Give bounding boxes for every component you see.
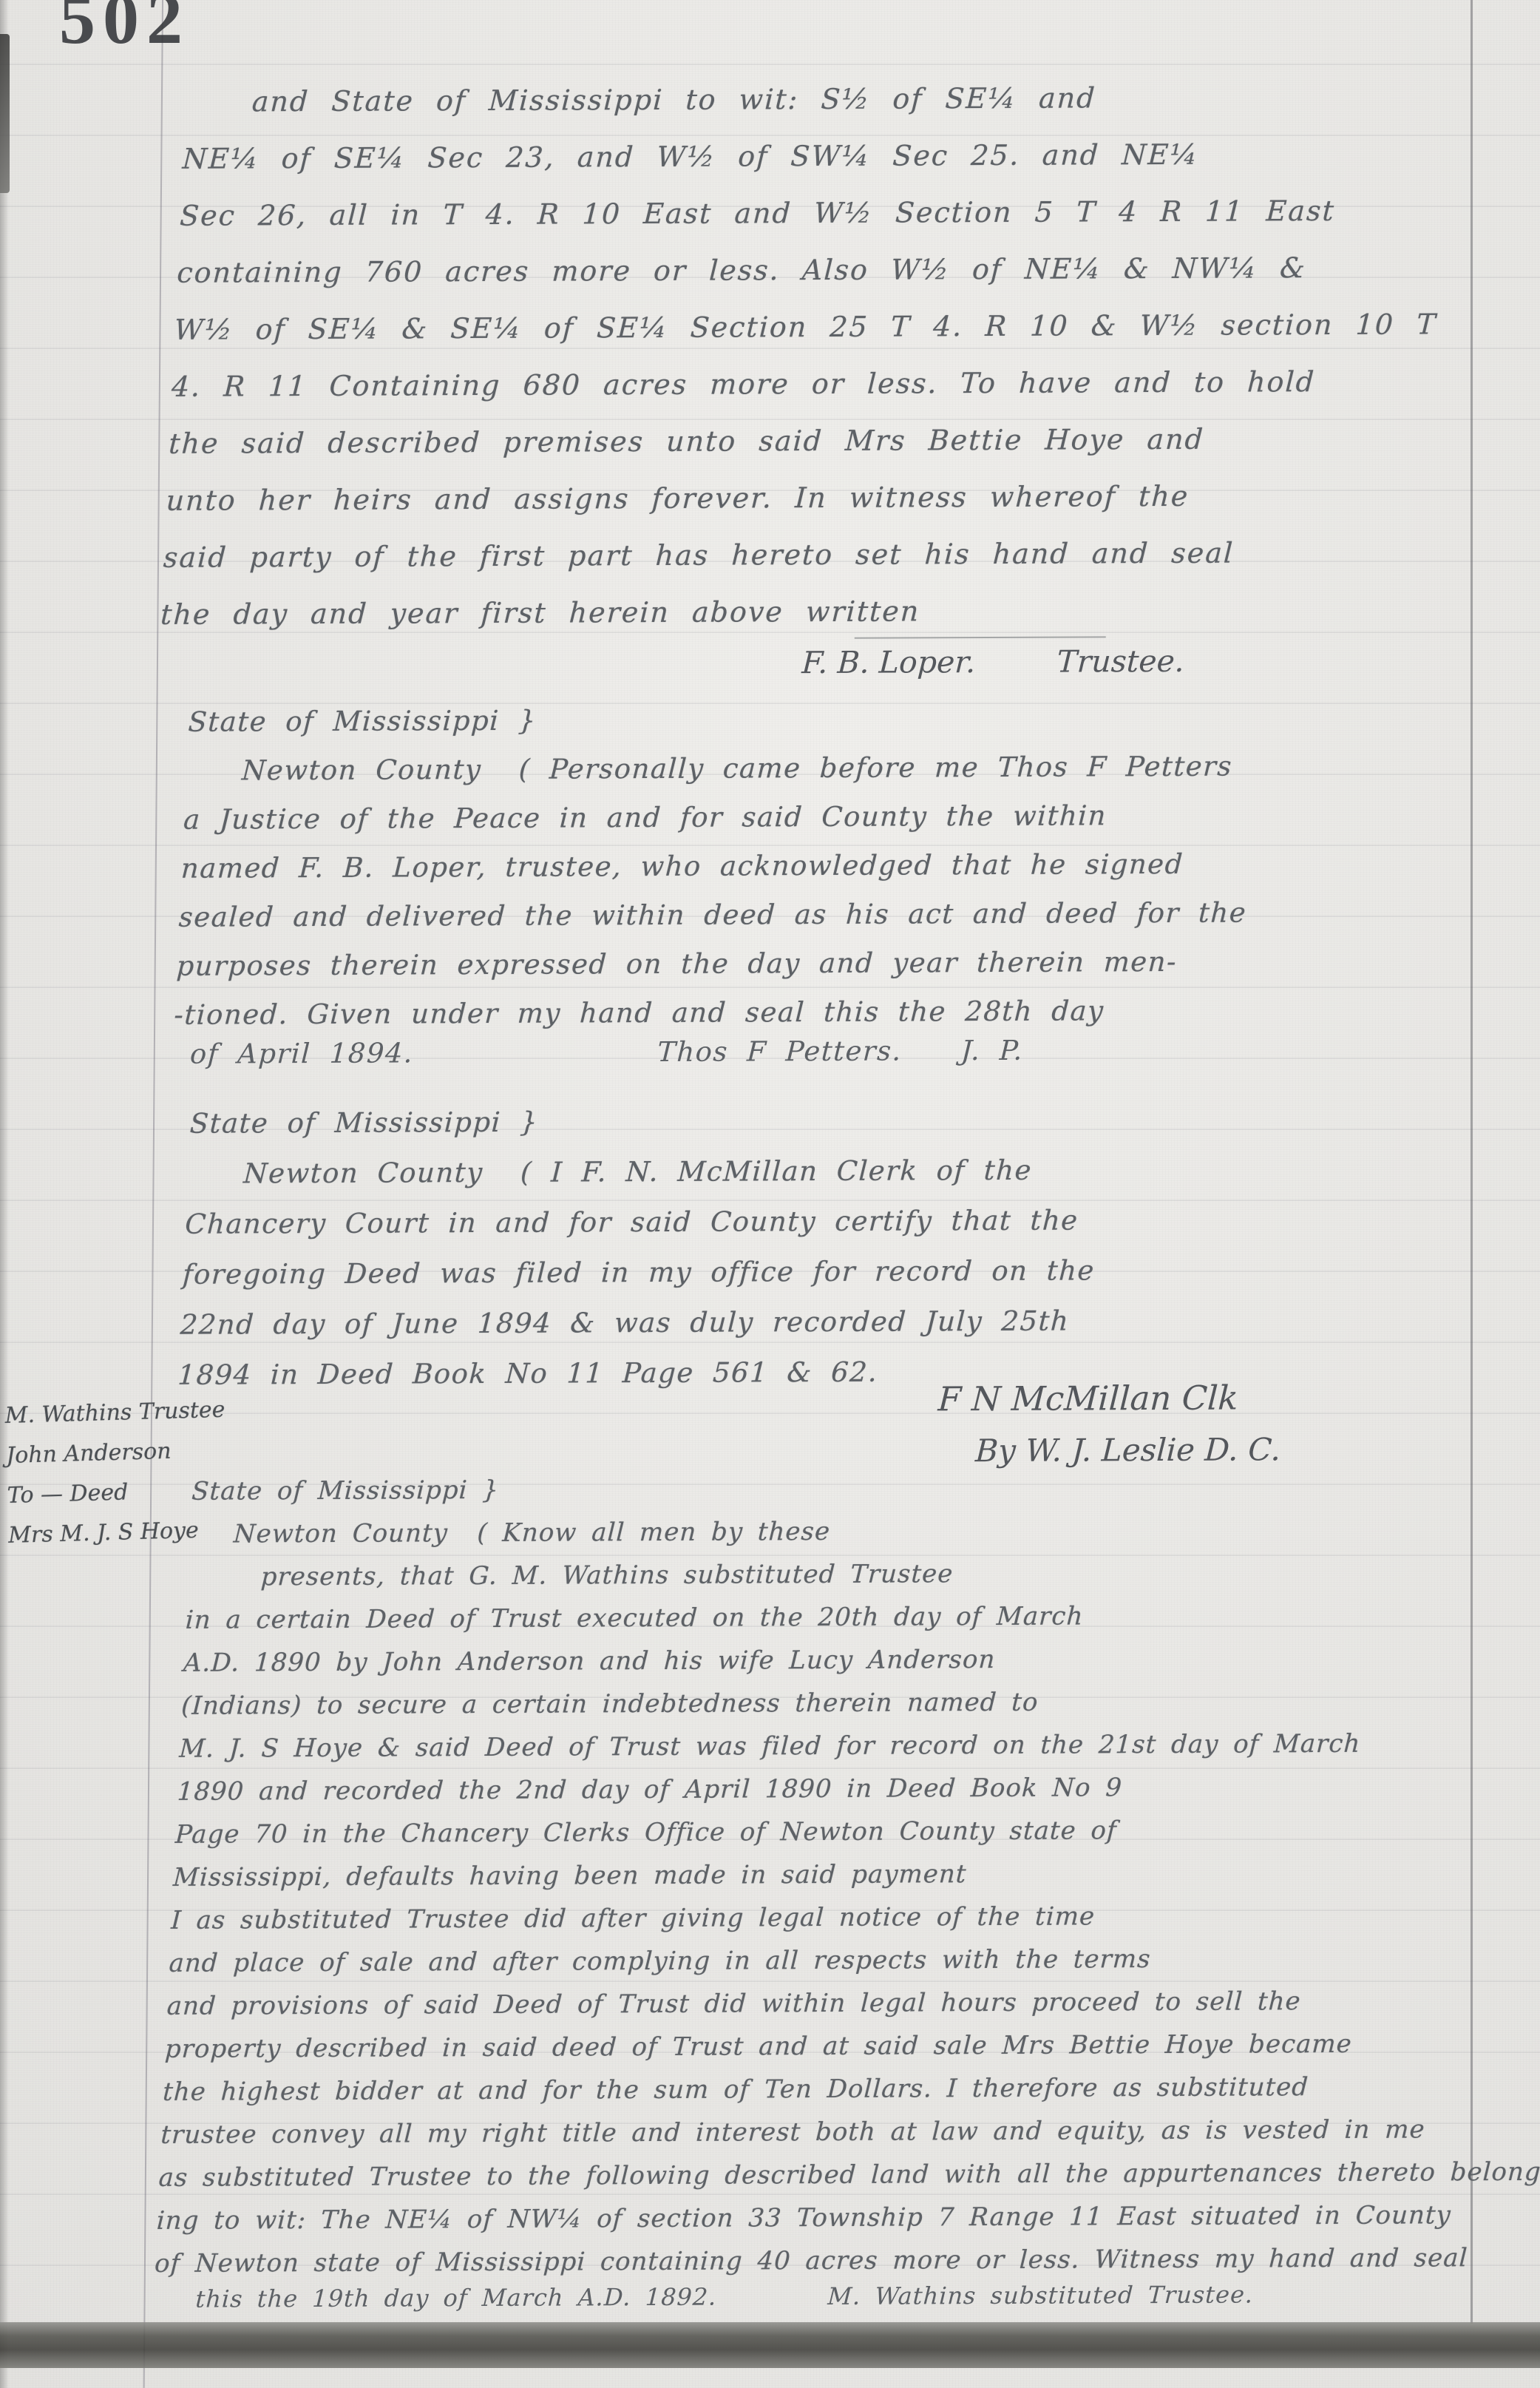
handwritten-line: M. J. S Hoye & said Deed of Trust was fi… xyxy=(178,1722,1540,1770)
handwritten-line: -tioned. Given under my hand and seal th… xyxy=(173,987,1244,1040)
handwritten-line: 22nd day of June 1894 & was duly recorde… xyxy=(179,1296,1093,1350)
handwritten-line: Newton County ( I F. N. McMillan Clerk o… xyxy=(186,1145,1101,1199)
trustee-deed-text: State of Mississippi } Newton County ( K… xyxy=(154,1464,1540,2285)
margin-docket-note: M. Wathins TrusteeJohn AndersonTo — Deed… xyxy=(4,1391,189,1556)
handwritten-line: NE¼ of SE¼ Sec 23, and W½ of SW¼ Sec 25.… xyxy=(181,125,1446,187)
handwritten-line: as substituted Trustee to the following … xyxy=(157,2151,1540,2199)
justice-title: J. P. xyxy=(960,1035,1024,1066)
handwritten-line: in a certain Deed of Trust executed on t… xyxy=(185,1593,1540,1642)
handwritten-line: and provisions of said Deed of Trust did… xyxy=(166,1979,1540,2028)
handwritten-line: Page 70 in the Chancery Clerks Office of… xyxy=(174,1807,1540,1856)
trustee-signature-row: F. B. Loper. Trustee. xyxy=(801,643,1185,680)
handwritten-content: and State of Mississippi to wit: S½ of S… xyxy=(186,0,1452,3)
left-edge-shading xyxy=(0,0,9,2388)
acknowledgment-signature-row: of April 1894. Thos F Petters. J. P. xyxy=(189,1035,1024,1070)
handwritten-line: Newton County ( Know all men by these xyxy=(189,1507,1540,1556)
clerk-signature: F N McMillan Clk xyxy=(937,1379,1239,1419)
handwritten-line: 1890 and recorded the 2nd day of April 1… xyxy=(176,1765,1540,1813)
handwritten-line: Chancery Court in and for said County ce… xyxy=(184,1195,1099,1249)
handwritten-line: (Indians) to secure a certain indebtedne… xyxy=(180,1679,1540,1728)
handwritten-line: unto her heirs and assigns forever. In w… xyxy=(165,467,1430,529)
handwritten-line: presents, that G. M. Wathins substituted… xyxy=(186,1550,1540,1599)
handwritten-line: a Justice of the Peace in and for said C… xyxy=(183,791,1253,844)
handwritten-line: purposes therein expressed on the day an… xyxy=(175,937,1246,990)
deputy-clerk-signature: By W. J. Leslie D. C. xyxy=(974,1431,1281,1469)
handwritten-line: ing to wit: The NE¼ of NW¼ of section 33… xyxy=(156,2193,1540,2242)
handwritten-line: To — Deed xyxy=(7,1471,188,1516)
handwritten-line: named F. B. Loper, trustee, who acknowle… xyxy=(180,839,1250,893)
spacer xyxy=(413,1036,658,1069)
acknowledgment-closing: of April 1894. xyxy=(189,1037,414,1069)
left-margin-rule xyxy=(143,0,163,2388)
handwritten-line: property described in said deed of Trust… xyxy=(164,2022,1540,2071)
handwritten-line: Sec 26, all in T 4. R 10 East and W½ Sec… xyxy=(178,182,1443,244)
handwritten-line: trustee convey all my right title and in… xyxy=(160,2108,1540,2157)
trustee-signature-title: Trustee. xyxy=(1056,643,1185,680)
trustee-signature: F. B. Loper. xyxy=(801,644,976,680)
handwritten-line: M. Wathins Trustee xyxy=(4,1391,186,1436)
handwritten-line: and State of Mississippi to wit: S½ of S… xyxy=(184,68,1449,130)
handwritten-line: I as substituted Trustee did after givin… xyxy=(170,1893,1540,1942)
handwritten-line: Mrs M. J. S Hoye xyxy=(8,1511,189,1556)
handwritten-line: the day and year first herein above writ… xyxy=(159,581,1424,643)
handwritten-line: Mississippi, defaults having been made i… xyxy=(172,1850,1540,1899)
handwritten-line: John Anderson xyxy=(6,1431,187,1476)
handwritten-line: State of Mississippi } xyxy=(189,1095,1103,1149)
handwritten-line: State of Mississippi } xyxy=(191,1464,1540,1513)
handwritten-line: the highest bidder at and for the sum of… xyxy=(162,2065,1540,2114)
justice-signature: Thos F Petters. xyxy=(657,1035,903,1068)
handwritten-line: containing 760 acres more or less. Also … xyxy=(176,239,1441,301)
binding-shadow xyxy=(0,2322,1540,2368)
spacer xyxy=(901,1035,962,1066)
deed-continuation-text: and State of Mississippi to wit: S½ of S… xyxy=(159,68,1449,643)
handwritten-line: State of Mississippi } xyxy=(187,693,1258,746)
handwritten-line: 4. R 11 Containing 680 acres more or les… xyxy=(170,353,1435,415)
acknowledgment-text: State of Mississippi } Newton County ( P… xyxy=(173,693,1258,1039)
trustee-deed-closing: this the 19th day of March A.D. 1892. xyxy=(195,2283,718,2313)
handwritten-line: of Newton state of Mississippi containin… xyxy=(154,2236,1540,2285)
handwritten-line: said party of the first part has hereto … xyxy=(162,524,1427,586)
handwritten-line: and place of sale and after complying in… xyxy=(168,1936,1540,1985)
trustee-deed-signature-row: this the 19th day of March A.D. 1892. M.… xyxy=(195,2280,1254,2313)
handwritten-line: W½ of SE¼ & SE¼ of SE¼ Section 25 T 4. R… xyxy=(173,296,1438,358)
substituted-trustee-signature: M. Wathins substituted Trustee. xyxy=(827,2280,1255,2310)
handwritten-line: A.D. 1890 by John Anderson and his wife … xyxy=(183,1636,1540,1685)
spacer xyxy=(716,2282,829,2311)
clerk-certificate-text: State of Mississippi } Newton County ( I… xyxy=(177,1095,1103,1400)
handwritten-line: sealed and delivered the within deed as … xyxy=(177,888,1248,941)
scanned-deed-page: 502 M. Wathins TrusteeJohn AndersonTo — … xyxy=(0,0,1540,2388)
handwritten-line: Newton County ( Personally came before m… xyxy=(185,742,1255,795)
handwritten-line: the said described premises unto said Mr… xyxy=(168,410,1433,472)
left-edge-dark-mark xyxy=(0,34,10,193)
page-number: 502 xyxy=(59,0,190,61)
handwritten-line: foregoing Deed was filed in my office fo… xyxy=(181,1245,1096,1299)
